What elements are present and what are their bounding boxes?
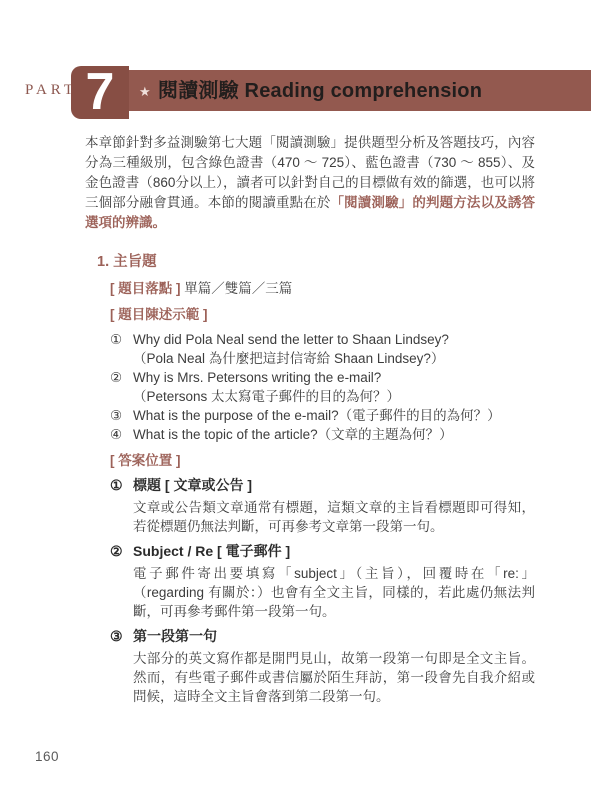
question-scope-line: [ 題目落點 ] 單篇／雙篇／三篇 <box>110 279 535 298</box>
page-content: 本章節針對多益測驗第七大題「閱讀測驗」提供題型分析及答題技巧，內容分為三種級別，… <box>85 133 535 706</box>
question-scope-label: [ 題目落點 ] <box>110 281 184 296</box>
answer-heading-text: 標題 [ 文章或公告 ] <box>133 476 252 495</box>
example-item: ③ What is the purpose of the e-mail?（電子郵… <box>110 406 535 425</box>
circled-number-icon: ① <box>110 476 133 495</box>
part-number-tab: 7 <box>71 66 129 119</box>
part-label: PART <box>25 82 77 99</box>
answer-heading: ① 標題 [ 文章或公告 ] <box>110 476 535 495</box>
example-item: ① Why did Pola Neal send the letter to S… <box>110 330 535 349</box>
answer-heading-text: 第一段第一句 <box>133 627 217 646</box>
circled-number-icon: ③ <box>110 627 133 646</box>
part-header: PART 7 ★ 閱讀測驗 Reading comprehension <box>0 66 591 119</box>
example-question-en: What is the topic of the article?（文章的主題為… <box>133 425 453 444</box>
answer-heading-text: Subject / Re [ 電子郵件 ] <box>133 542 290 561</box>
question-scope-value: 單篇／雙篇／三篇 <box>184 281 292 296</box>
example-question-en: What is the purpose of the e-mail?（電子郵件的… <box>133 406 501 425</box>
example-question-zh: （Petersons 太太寫電子郵件的目的為何？） <box>133 387 535 406</box>
example-question-en: Why is Mrs. Petersons writing the e-mail… <box>133 368 381 387</box>
answer-position-label-line: [ 答案位置 ] <box>110 451 535 470</box>
example-question-zh: （Pola Neal 為什麼把這封信寄給 Shaan Lindsey?） <box>133 349 535 368</box>
page-number: 160 <box>35 749 59 764</box>
answers-list: ① 標題 [ 文章或公告 ] 文章或公告類文章通常有標題，這類文章的主旨看標題即… <box>85 476 535 706</box>
intro-paragraph: 本章節針對多益測驗第七大題「閱讀測驗」提供題型分析及答題技巧，內容分為三種級別，… <box>85 133 535 233</box>
circled-number-icon: ① <box>110 330 133 349</box>
examples-list: ① Why did Pola Neal send the letter to S… <box>110 330 535 444</box>
answer-position-label: [ 答案位置 ] <box>110 453 181 468</box>
star-icon: ★ <box>139 81 151 103</box>
example-item: ② Why is Mrs. Petersons writing the e-ma… <box>110 368 535 387</box>
section-title: 1. 主旨題 <box>97 253 535 272</box>
book-page: PART 7 ★ 閱讀測驗 Reading comprehension 本章節針… <box>0 0 591 800</box>
answer-body: 文章或公告類文章通常有標題，這類文章的主旨看標題即可得知，若從標題仍無法判斷，可… <box>133 498 535 536</box>
examples-label-line: [ 題目陳述示範 ] <box>110 305 535 324</box>
answer-heading: ③ 第一段第一句 <box>110 627 535 646</box>
example-question-en: Why did Pola Neal send the letter to Sha… <box>133 330 449 349</box>
circled-number-icon: ② <box>110 368 133 387</box>
circled-number-icon: ④ <box>110 425 133 444</box>
example-item: ④ What is the topic of the article?（文章的主… <box>110 425 535 444</box>
answer-body: 電子郵件寄出要填寫「subject」（主旨），回覆時在「re:」（regardi… <box>133 564 535 621</box>
circled-number-icon: ② <box>110 542 133 561</box>
answer-heading: ② Subject / Re [ 電子郵件 ] <box>110 542 535 561</box>
chapter-title: 閱讀測驗 Reading comprehension <box>158 77 482 106</box>
part-number: 7 <box>86 66 115 119</box>
answer-body: 大部分的英文寫作都是開門見山，故第一段第一句即是全文主旨。然而，有些電子郵件或書… <box>133 649 535 706</box>
circled-number-icon: ③ <box>110 406 133 425</box>
examples-label: [ 題目陳述示範 ] <box>110 307 208 322</box>
